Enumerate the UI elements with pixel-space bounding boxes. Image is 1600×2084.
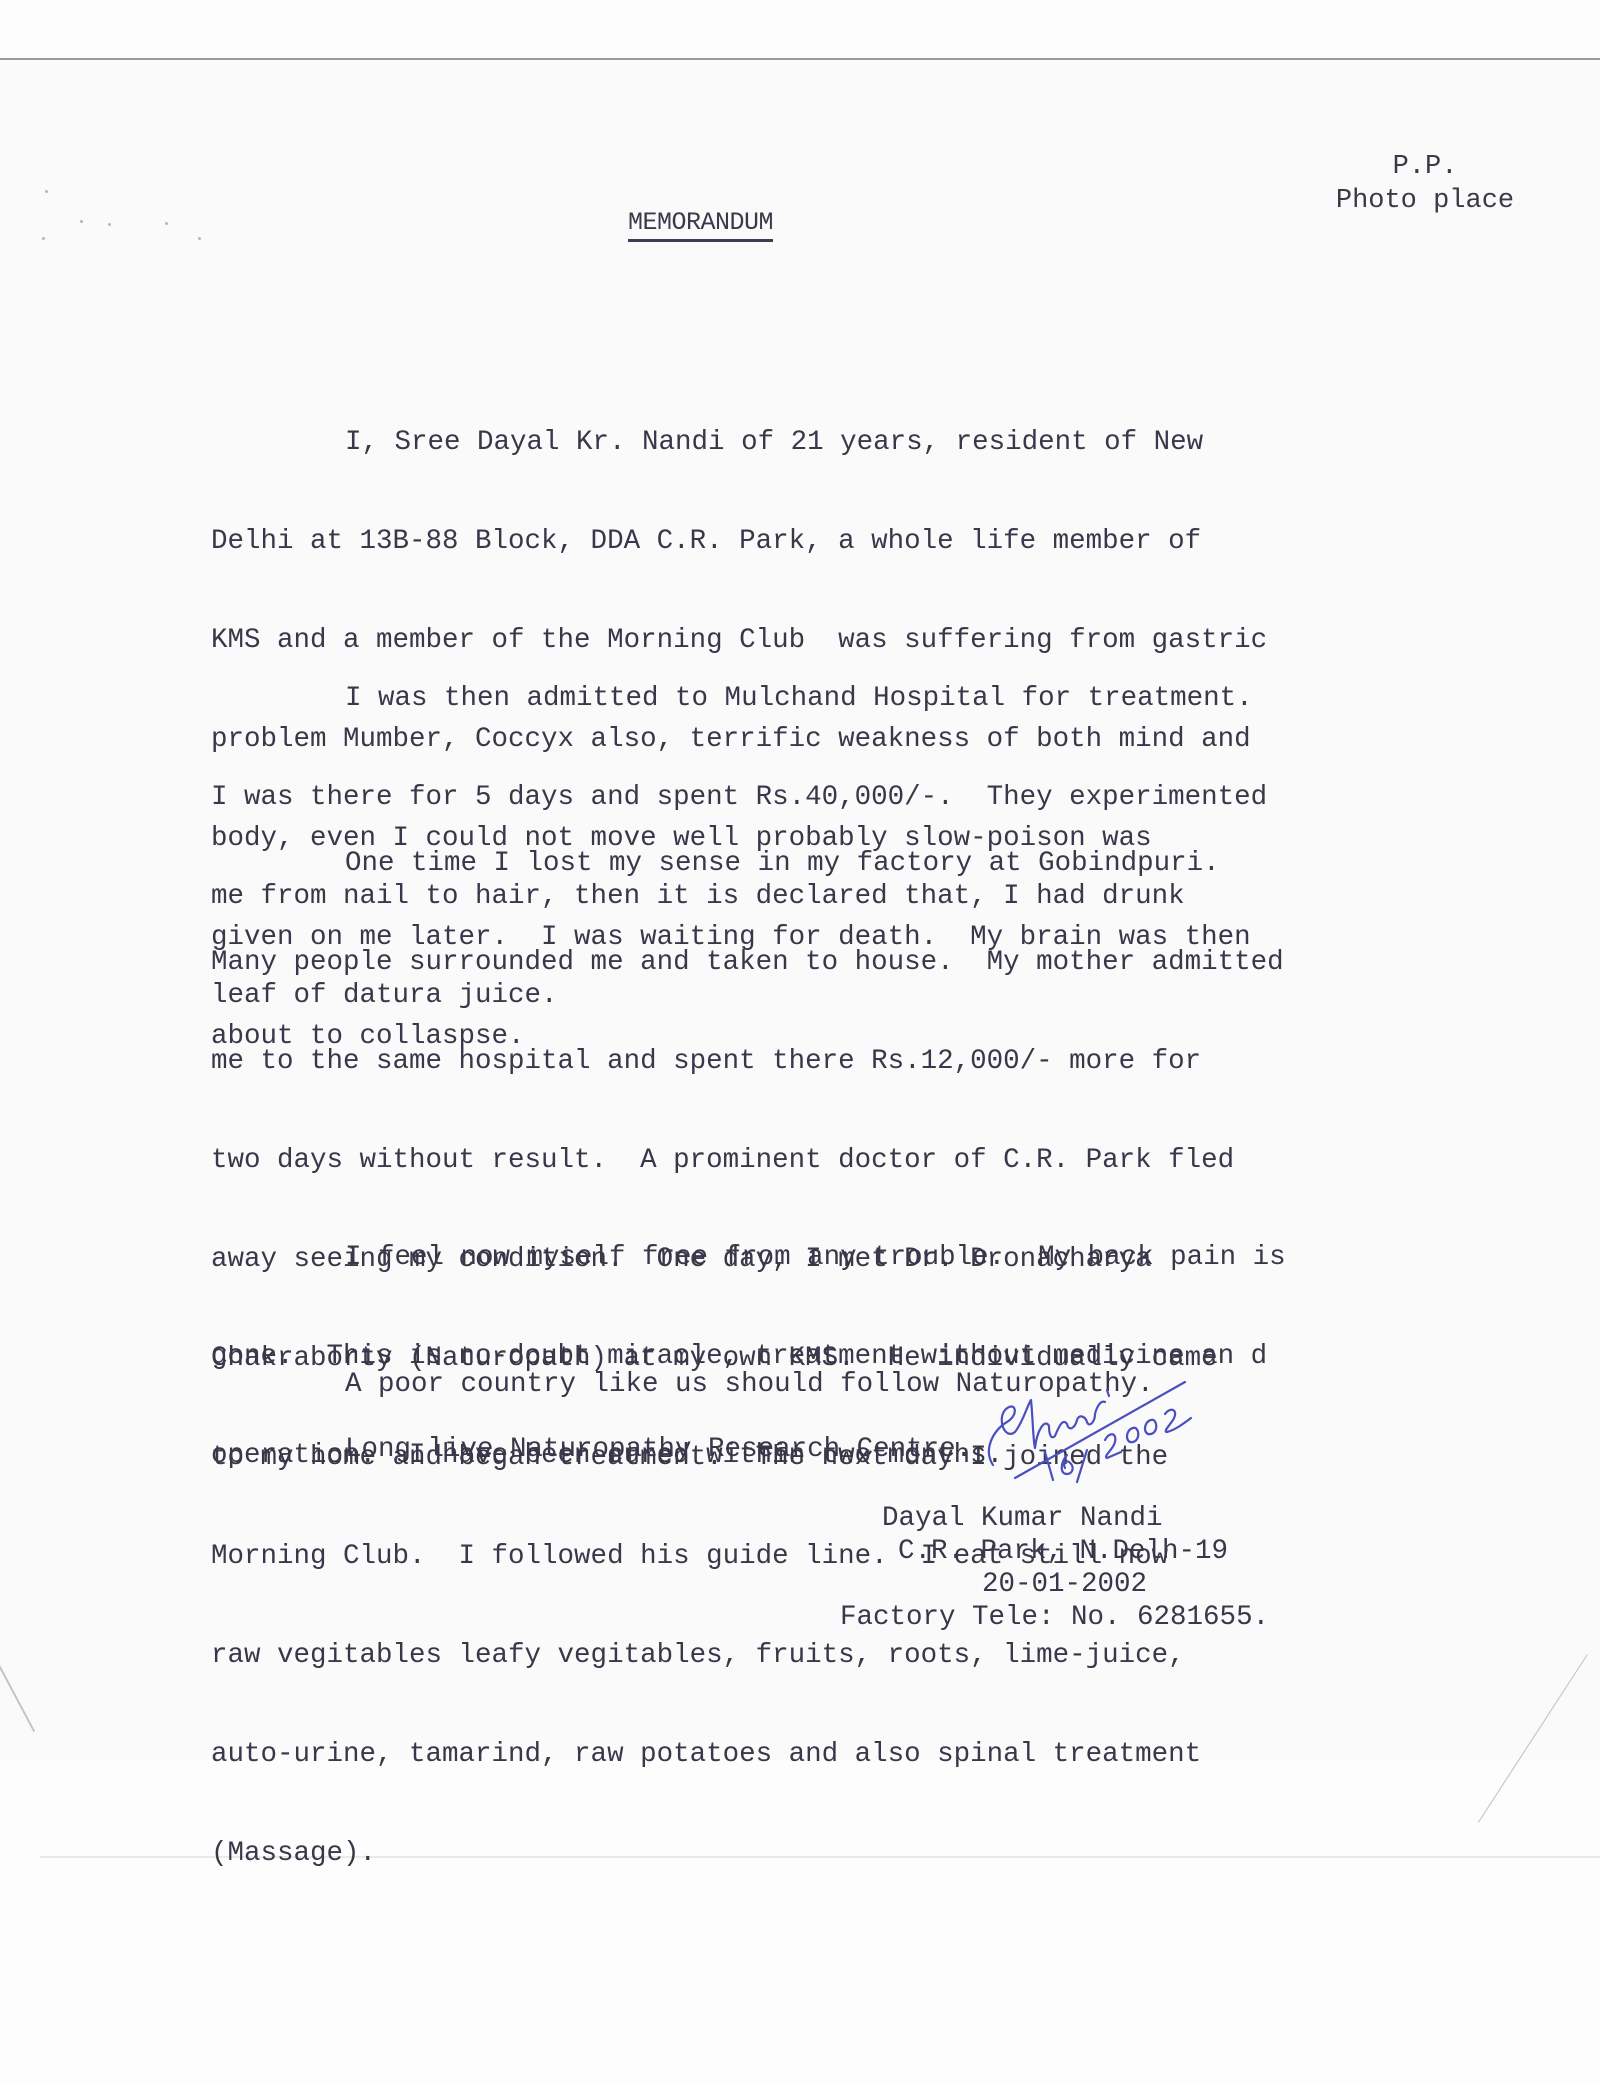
photo-place-text: Photo place [1300,184,1550,218]
text-line: raw vegitables leafy vegitables, fruits,… [211,1639,1531,1672]
text-line: Long live Naturopathy Research Centre. [345,1433,1600,1466]
photo-place-label: P.P. Photo place [1300,150,1550,218]
text-line: I was then admitted to Mulchand Hospital… [211,682,1531,715]
photo-place-code: P.P. [1300,150,1550,184]
text-line: One time I lost my sense in my factory a… [211,847,1531,880]
handwritten-signature [975,1370,1235,1500]
paragraph-6: Long live Naturopathy Research Centre. [345,1367,1600,1499]
text-line: I, Sree Dayal Kr. Nandi of 21 years, res… [211,426,1531,459]
signer-address: C.R. Park, N.Delh-19 [820,1535,1380,1568]
memo-title: MEMORANDUM [628,208,773,242]
signature-block: Dayal Kumar Nandi C.R. Park, N.Delh-19 2… [820,1502,1380,1634]
text-line: Delhi at 13B-88 Block, DDA C.R. Park, a … [211,525,1531,558]
factory-phone: Factory Tele: No. 6281655. [820,1601,1380,1634]
text-line: me to the same hospital and spent there … [211,1045,1531,1078]
text-line: auto-urine, tamarind, raw potatoes and a… [211,1738,1531,1771]
text-line: I feel now myself free from any trouble.… [211,1241,1531,1274]
text-line: (Massage). [211,1837,1531,1870]
signer-name: Dayal Kumar Nandi [820,1502,1380,1535]
text-line: two days without result. A prominent doc… [211,1144,1531,1177]
signature-date: 20-01-2002 [820,1568,1380,1601]
text-line: Many people surrounded me and taken to h… [211,946,1531,979]
